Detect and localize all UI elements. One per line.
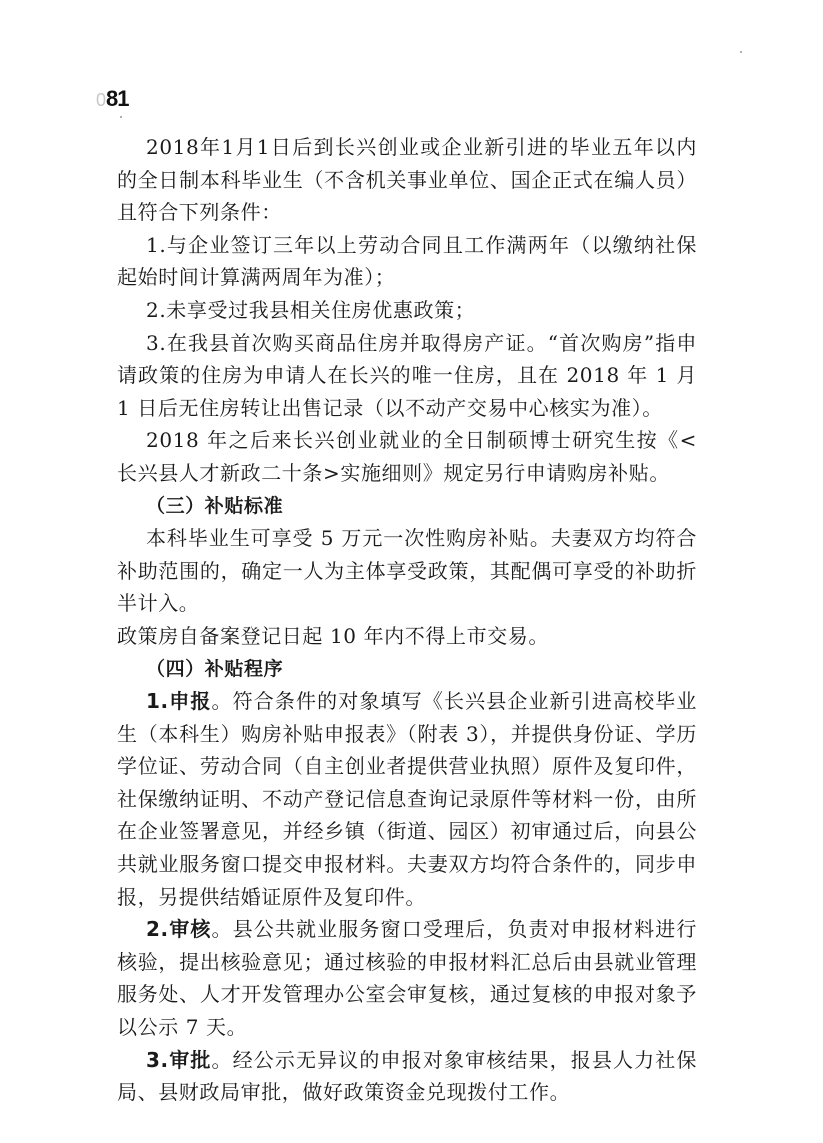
page-number-value: 81: [106, 86, 128, 111]
condition-3: 3.在我县首次购买商品住房并取得房产证。“首次购房”指申请政策的住房为申请人在长…: [117, 327, 697, 425]
trade-restriction-text: 政策房自备案登记日起 10 年内不得上市交易。: [117, 620, 697, 653]
step-label: 1.申报: [146, 689, 212, 713]
condition-2: 2.未享受过我县相关住房优惠政策；: [117, 294, 697, 327]
eligibility-intro: 2018年1月1日后到长兴创业或企业新引进的毕业五年以内的全日制本科毕业生（不含…: [117, 131, 697, 229]
procedure-step-review: 2.审核。县公共就业服务窗口受理后，负责对申报材料进行核验，提出核验意见；通过核…: [117, 913, 697, 1043]
subsidy-standard-text: 本科毕业生可享受 5 万元一次性购房补贴。夫妻双方均符合补助范围的，确定一人为主…: [117, 522, 697, 620]
condition-1: 1.与企业签订三年以上劳动合同且工作满两年（以缴纳社保起始时间计算满两周年为准）…: [117, 229, 697, 294]
step-label: 2.审核: [146, 917, 212, 941]
scan-speck: [740, 51, 742, 53]
section-heading-subsidy-standard: （三）补贴标准: [117, 490, 697, 523]
graduate-note: 2018 年之后来长兴创业就业的全日制硕博士研究生按《<长兴县人才新政二十条>实…: [117, 424, 697, 489]
step-text: 。符合条件的对象填写《长兴县企业新引进高校毕业生（本科生）购房补贴申报表》（附表…: [117, 689, 697, 909]
scan-speck: [120, 116, 122, 118]
document-body: 2018年1月1日后到长兴创业或企业新引进的毕业五年以内的全日制本科毕业生（不含…: [117, 131, 697, 1109]
step-label: 3.审批: [146, 1048, 212, 1072]
procedure-step-approve: 3.审批。经公示无异议的申报对象审核结果，报县人力社保局、县财政局审批，做好政策…: [117, 1044, 697, 1109]
page-number-faded: 0: [96, 90, 105, 110]
section-heading-subsidy-procedure: （四）补贴程序: [117, 653, 697, 686]
procedure-step-apply: 1.申报。符合条件的对象填写《长兴县企业新引进高校毕业生（本科生）购房补贴申报表…: [117, 685, 697, 913]
page-number: 081: [96, 86, 129, 112]
